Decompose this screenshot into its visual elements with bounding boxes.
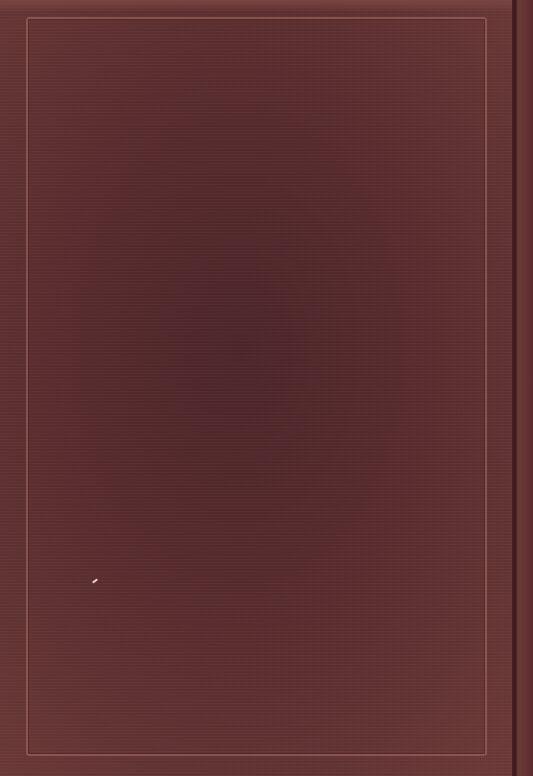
spine-edge (518, 0, 533, 776)
book-cover (0, 0, 533, 776)
blind-stamped-border (26, 17, 487, 756)
top-edge-highlight (0, 0, 533, 12)
